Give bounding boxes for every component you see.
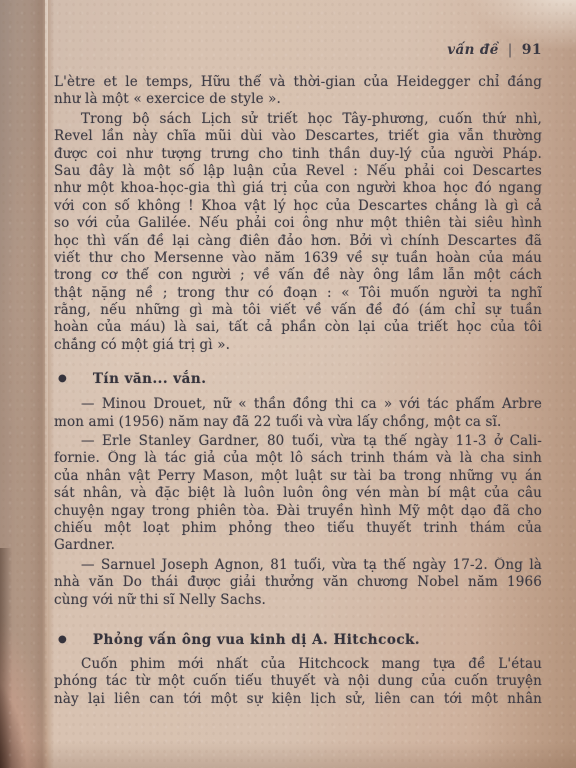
running-header: vấn đề|91: [54, 42, 542, 58]
section-heading: ●Tín văn... vắn.: [54, 370, 542, 388]
running-title: vấn đề: [447, 42, 499, 58]
section-heading-label: Phỏng vấn ông vua kinh dị A. Hitchcock.: [93, 631, 420, 649]
text-line: cùng với nữ thi sĩ Nelly Sachs.: [54, 592, 542, 609]
text-line: phóng tác từ một cuốn tiểu thuyết và nội…: [54, 673, 542, 690]
text-line: L'ètre et le temps, Hữu thể và thời-gian…: [54, 74, 542, 91]
text-line: hoàn của máu) là sai, tất cả phần còn lạ…: [54, 319, 542, 336]
text-line: fornie. Ông là tác giả của một lô sách t…: [54, 450, 542, 467]
header-divider: |: [508, 42, 513, 58]
text-line: — Erle Stanley Gardner, 80 tuổi, vừa tạ …: [54, 433, 542, 450]
text-line: với con số không ! Khoa vật lý học của D…: [54, 198, 542, 215]
text-line: nhà văn Do thái được giải thưởng văn chư…: [54, 574, 542, 591]
text-line: — Minou Drouet, nữ « thần đồng thi ca » …: [54, 396, 542, 413]
paragraph: — Minou Drouet, nữ « thần đồng thi ca » …: [54, 396, 542, 431]
text-line: trong cơ thể con người ; về vấn đề này ô…: [54, 267, 542, 284]
book-page-photo: vấn đề|91 L'ètre et le temps, Hữu thể và…: [0, 0, 576, 768]
text-line: viết thư cho Mersenne vào năm 1639 về sự…: [54, 250, 542, 267]
section-heading: ●Phỏng vấn ông vua kinh dị A. Hitchcock.: [54, 631, 542, 649]
text-line: Sau đây là một số lập luận của Revel : N…: [54, 163, 542, 180]
text-line: sát nhân, và đặc biệt là luôn luôn ông v…: [54, 485, 542, 502]
paragraph: L'ètre et le temps, Hữu thể và thời-gian…: [54, 74, 542, 109]
text-line: của nhân vật Perry Mason, một luật sư tà…: [54, 468, 542, 485]
text-line: rằng, nếu những gì mà tôi viết về vấn đề…: [54, 302, 542, 319]
text-column: L'ètre et le temps, Hữu thể và thời-gian…: [54, 74, 542, 710]
paragraph: Cuốn phim mới nhất của Hitchcock mang tự…: [54, 656, 542, 708]
section-heading-label: Tín văn... vắn.: [93, 370, 207, 388]
text-line: được coi như tượng trưng cho tinh thần d…: [54, 146, 542, 163]
bullet-icon: ●: [58, 631, 67, 649]
text-line: này lại liên can tới một sự kiện lịch sử…: [54, 691, 542, 708]
text-line: so với của Galilée. Nếu phải coi ông như…: [54, 215, 542, 232]
text-line: chuyện ngay trong phiên tòa. Đài truyền …: [54, 503, 542, 520]
paragraph: — Sarnuel Joseph Agnon, 81 tuổi, vừa tạ …: [54, 557, 542, 609]
bullet-icon: ●: [58, 370, 67, 388]
text-line: Gardner.: [54, 537, 542, 554]
text-line: mon ami (1956) năm nay đã 22 tuổi và vừa…: [54, 414, 542, 431]
text-line: như là một « exercice de style ».: [54, 91, 542, 108]
text-line: chẳng có một giá trị gì ».: [54, 337, 542, 354]
paragraph: — Erle Stanley Gardner, 80 tuổi, vừa tạ …: [54, 433, 542, 555]
text-line: Trong bộ sách Lịch sử triết học Tây-phươ…: [54, 111, 542, 128]
paragraph: Trong bộ sách Lịch sử triết học Tây-phươ…: [54, 111, 542, 354]
page-number: 91: [522, 42, 542, 58]
text-line: thật nặng nề ; trong thư có đoạn : « Tôi…: [54, 285, 542, 302]
text-line: — Sarnuel Joseph Agnon, 81 tuổi, vừa tạ …: [54, 557, 542, 574]
text-line: chiếu một loạt phim phỏng theo tiểu thuy…: [54, 520, 542, 537]
text-line: học thì vấn đề lại càng điên đảo hơn. Bở…: [54, 233, 542, 250]
text-line: Revel lần này chĩa mũi dùi vào Descartes…: [54, 128, 542, 145]
page-crease: [45, 0, 48, 768]
text-line: Cuốn phim mới nhất của Hitchcock mang tự…: [54, 656, 542, 673]
text-line: như một khoa-học-gia thì giá trị của con…: [54, 180, 542, 197]
